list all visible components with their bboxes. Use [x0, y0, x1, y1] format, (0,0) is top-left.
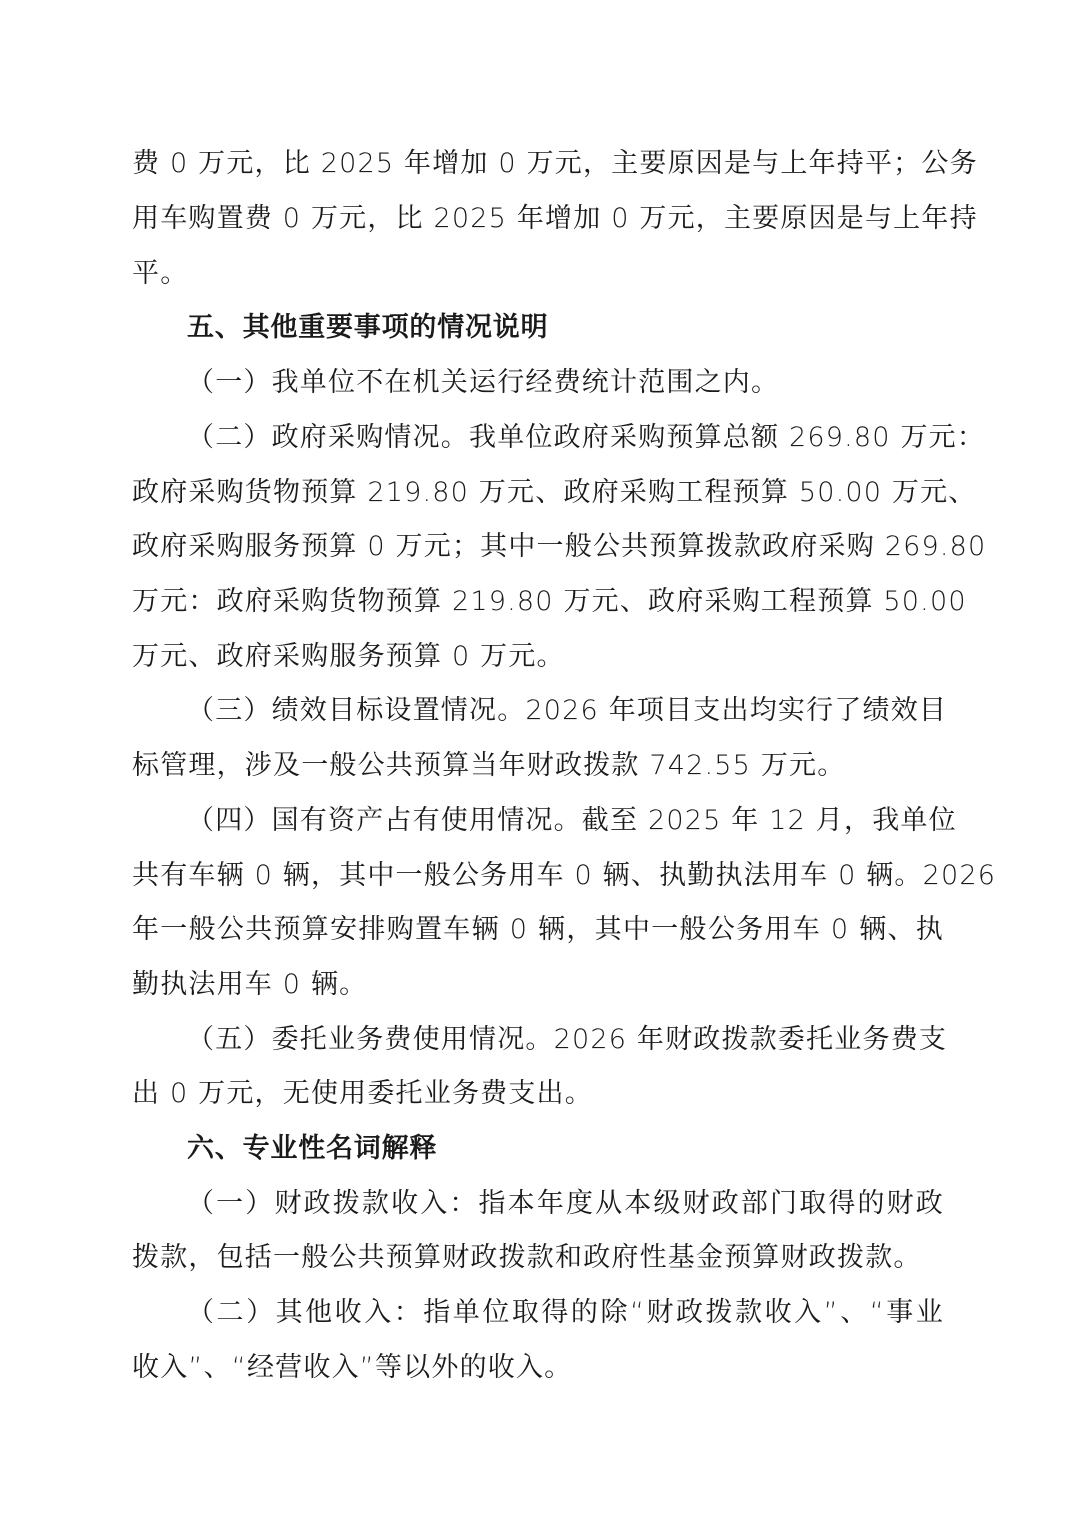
paragraph-line: （一）财政拨款收入：指本年度从本级财政部门取得的财政	[187, 1184, 944, 1224]
paragraph-line: 平。	[132, 254, 944, 294]
paragraph-line: 勤执法用车 0 辆。	[132, 965, 944, 1005]
paragraph-line: 收入”、“经营收入”等以外的收入。	[132, 1348, 944, 1388]
paragraph-line: 用车购置费 0 万元，比 2025 年增加 0 万元，主要原因是与上年持	[132, 199, 944, 239]
paragraph-line: 共有车辆 0 辆，其中一般公务用车 0 辆、执勤执法用车 0 辆。2026	[132, 856, 944, 896]
paragraph-line: （一）我单位不在机关运行经费统计范围之内。	[187, 363, 944, 403]
paragraph-line: （五）委托业务费使用情况。2026 年财政拨款委托业务费支	[187, 1020, 944, 1060]
paragraph-line: 政府采购服务预算 0 万元；其中一般公共预算拨款政府采购 269.80	[132, 527, 944, 567]
paragraph-line: （二）政府采购情况。我单位政府采购预算总额 269.80 万元：	[187, 418, 944, 458]
paragraph-line: 出 0 万元，无使用委托业务费支出。	[132, 1074, 944, 1114]
paragraph-line: 年一般公共预算安排购置车辆 0 辆，其中一般公务用车 0 辆、执	[132, 910, 944, 950]
paragraph-line: （四）国有资产占有使用情况。截至 2025 年 12 月，我单位	[187, 801, 944, 841]
paragraph-line: （二）其他收入：指单位取得的除“财政拨款收入”、“事业	[187, 1293, 944, 1333]
paragraph-line: 拨款，包括一般公共预算财政拨款和政府性基金预算财政拨款。	[132, 1238, 944, 1278]
paragraph-line: 政府采购货物预算 219.80 万元、政府采购工程预算 50.00 万元、	[132, 473, 944, 513]
section-heading: 六、专业性名词解释	[187, 1129, 999, 1169]
paragraph-line: 标管理，涉及一般公共预算当年财政拨款 742.55 万元。	[132, 746, 944, 786]
paragraph-line: 费 0 万元，比 2025 年增加 0 万元，主要原因是与上年持平；公务	[132, 144, 944, 184]
paragraph-line: （三）绩效目标设置情况。2026 年项目支出均实行了绩效目	[187, 691, 944, 731]
section-heading: 五、其他重要事项的情况说明	[187, 308, 999, 348]
document-page: 费 0 万元，比 2025 年增加 0 万元，主要原因是与上年持平；公务 用车购…	[0, 0, 1074, 1520]
paragraph-line: 万元：政府采购货物预算 219.80 万元、政府采购工程预算 50.00	[132, 582, 944, 622]
paragraph-line: 万元、政府采购服务预算 0 万元。	[132, 637, 944, 677]
